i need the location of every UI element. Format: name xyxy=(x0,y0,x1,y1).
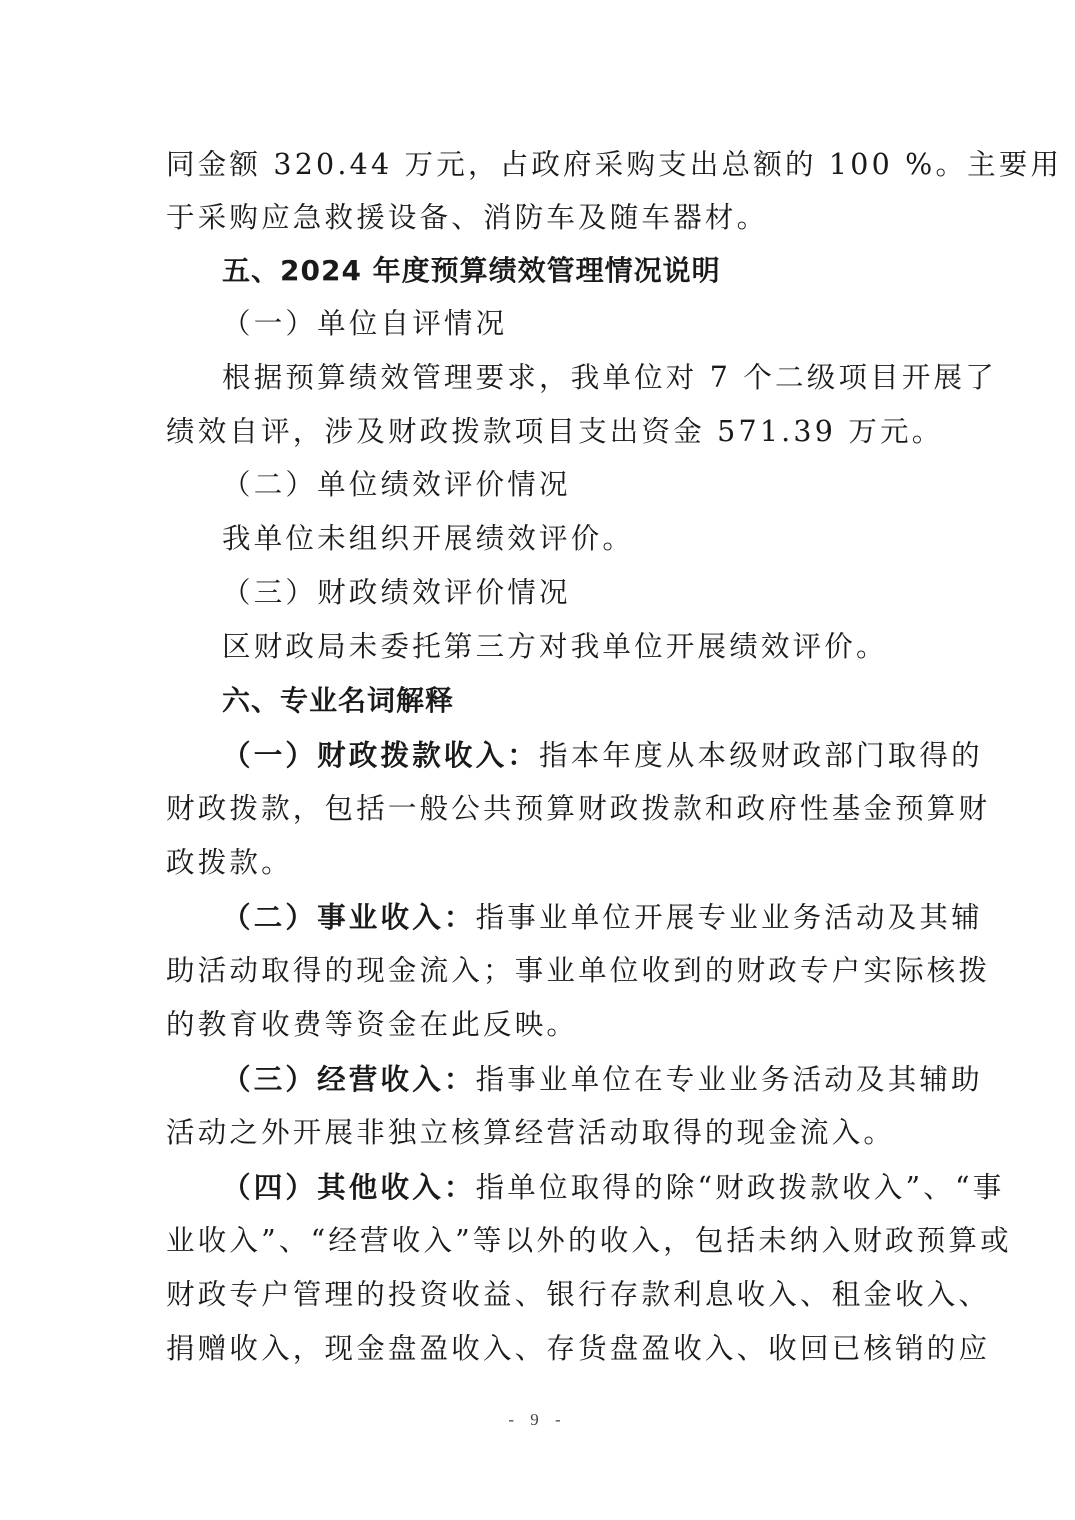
subsection-heading: （三）财政绩效评价情况 xyxy=(222,573,968,613)
subsection-heading: （二）单位绩效评价情况 xyxy=(222,465,968,505)
term-definition-line: （四）其他收入：指单位取得的除“财政拨款收入”、“事 xyxy=(222,1167,912,1208)
body-line: 政拨款。 xyxy=(166,843,912,883)
term-label: （三）经营收入： xyxy=(222,1062,476,1096)
body-line: 财政拨款，包括一般公共预算财政拨款和政府性基金预算财 xyxy=(166,789,912,829)
term-definition-line: （二）事业收入：指事业单位开展专业业务活动及其辅 xyxy=(222,897,912,938)
term-text: 指本年度从本级财政部门取得的 xyxy=(539,739,983,772)
body-line: 根据预算绩效管理要求，我单位对 7 个二级项目开展了 xyxy=(222,358,912,398)
term-definition-line: （三）经营收入：指事业单位在专业业务活动及其辅助 xyxy=(222,1059,912,1100)
body-line: 捐赠收入，现金盘盈收入、存货盘盈收入、收回已核销的应 xyxy=(166,1329,912,1369)
section-heading-5: 五、2024 年度预算绩效管理情况说明 xyxy=(222,251,968,291)
term-label: （二）事业收入： xyxy=(222,900,476,934)
body-line: 区财政局未委托第三方对我单位开展绩效评价。 xyxy=(222,627,968,667)
body-line: 于采购应急救援设备、消防车及随车器材。 xyxy=(166,198,912,238)
body-line: 助活动取得的现金流入；事业单位收到的财政专户实际核拨 xyxy=(166,951,912,991)
term-label: （四）其他收入： xyxy=(222,1170,476,1204)
term-label: （一）财政拨款收入： xyxy=(222,738,539,772)
term-text: 指单位取得的除“财政拨款收入”、“事 xyxy=(476,1171,1005,1204)
subsection-heading: （一）单位自评情况 xyxy=(222,304,968,344)
term-text: 指事业单位开展专业业务活动及其辅 xyxy=(476,901,983,934)
document-page: 同金额 320.44 万元，占政府采购支出总额的 100 %。主要用 于采购应急… xyxy=(0,0,1075,1520)
body-line: 业收入”、“经营收入”等以外的收入，包括未纳入财政预算或 xyxy=(166,1221,912,1261)
body-line: 活动之外开展非独立核算经营活动取得的现金流入。 xyxy=(166,1113,912,1153)
body-line: 财政专户管理的投资收益、银行存款利息收入、租金收入、 xyxy=(166,1275,912,1315)
body-line: 同金额 320.44 万元，占政府采购支出总额的 100 %。主要用 xyxy=(166,145,912,185)
body-line: 我单位未组织开展绩效评价。 xyxy=(222,519,968,559)
term-text: 指事业单位在专业业务活动及其辅助 xyxy=(476,1063,983,1096)
page-number: - 9 - xyxy=(0,1410,1075,1430)
term-definition-line: （一）财政拨款收入：指本年度从本级财政部门取得的 xyxy=(222,735,912,776)
body-line: 绩效自评，涉及财政拨款项目支出资金 571.39 万元。 xyxy=(166,412,912,452)
section-heading-6: 六、专业名词解释 xyxy=(222,681,968,721)
body-line: 的教育收费等资金在此反映。 xyxy=(166,1005,912,1045)
